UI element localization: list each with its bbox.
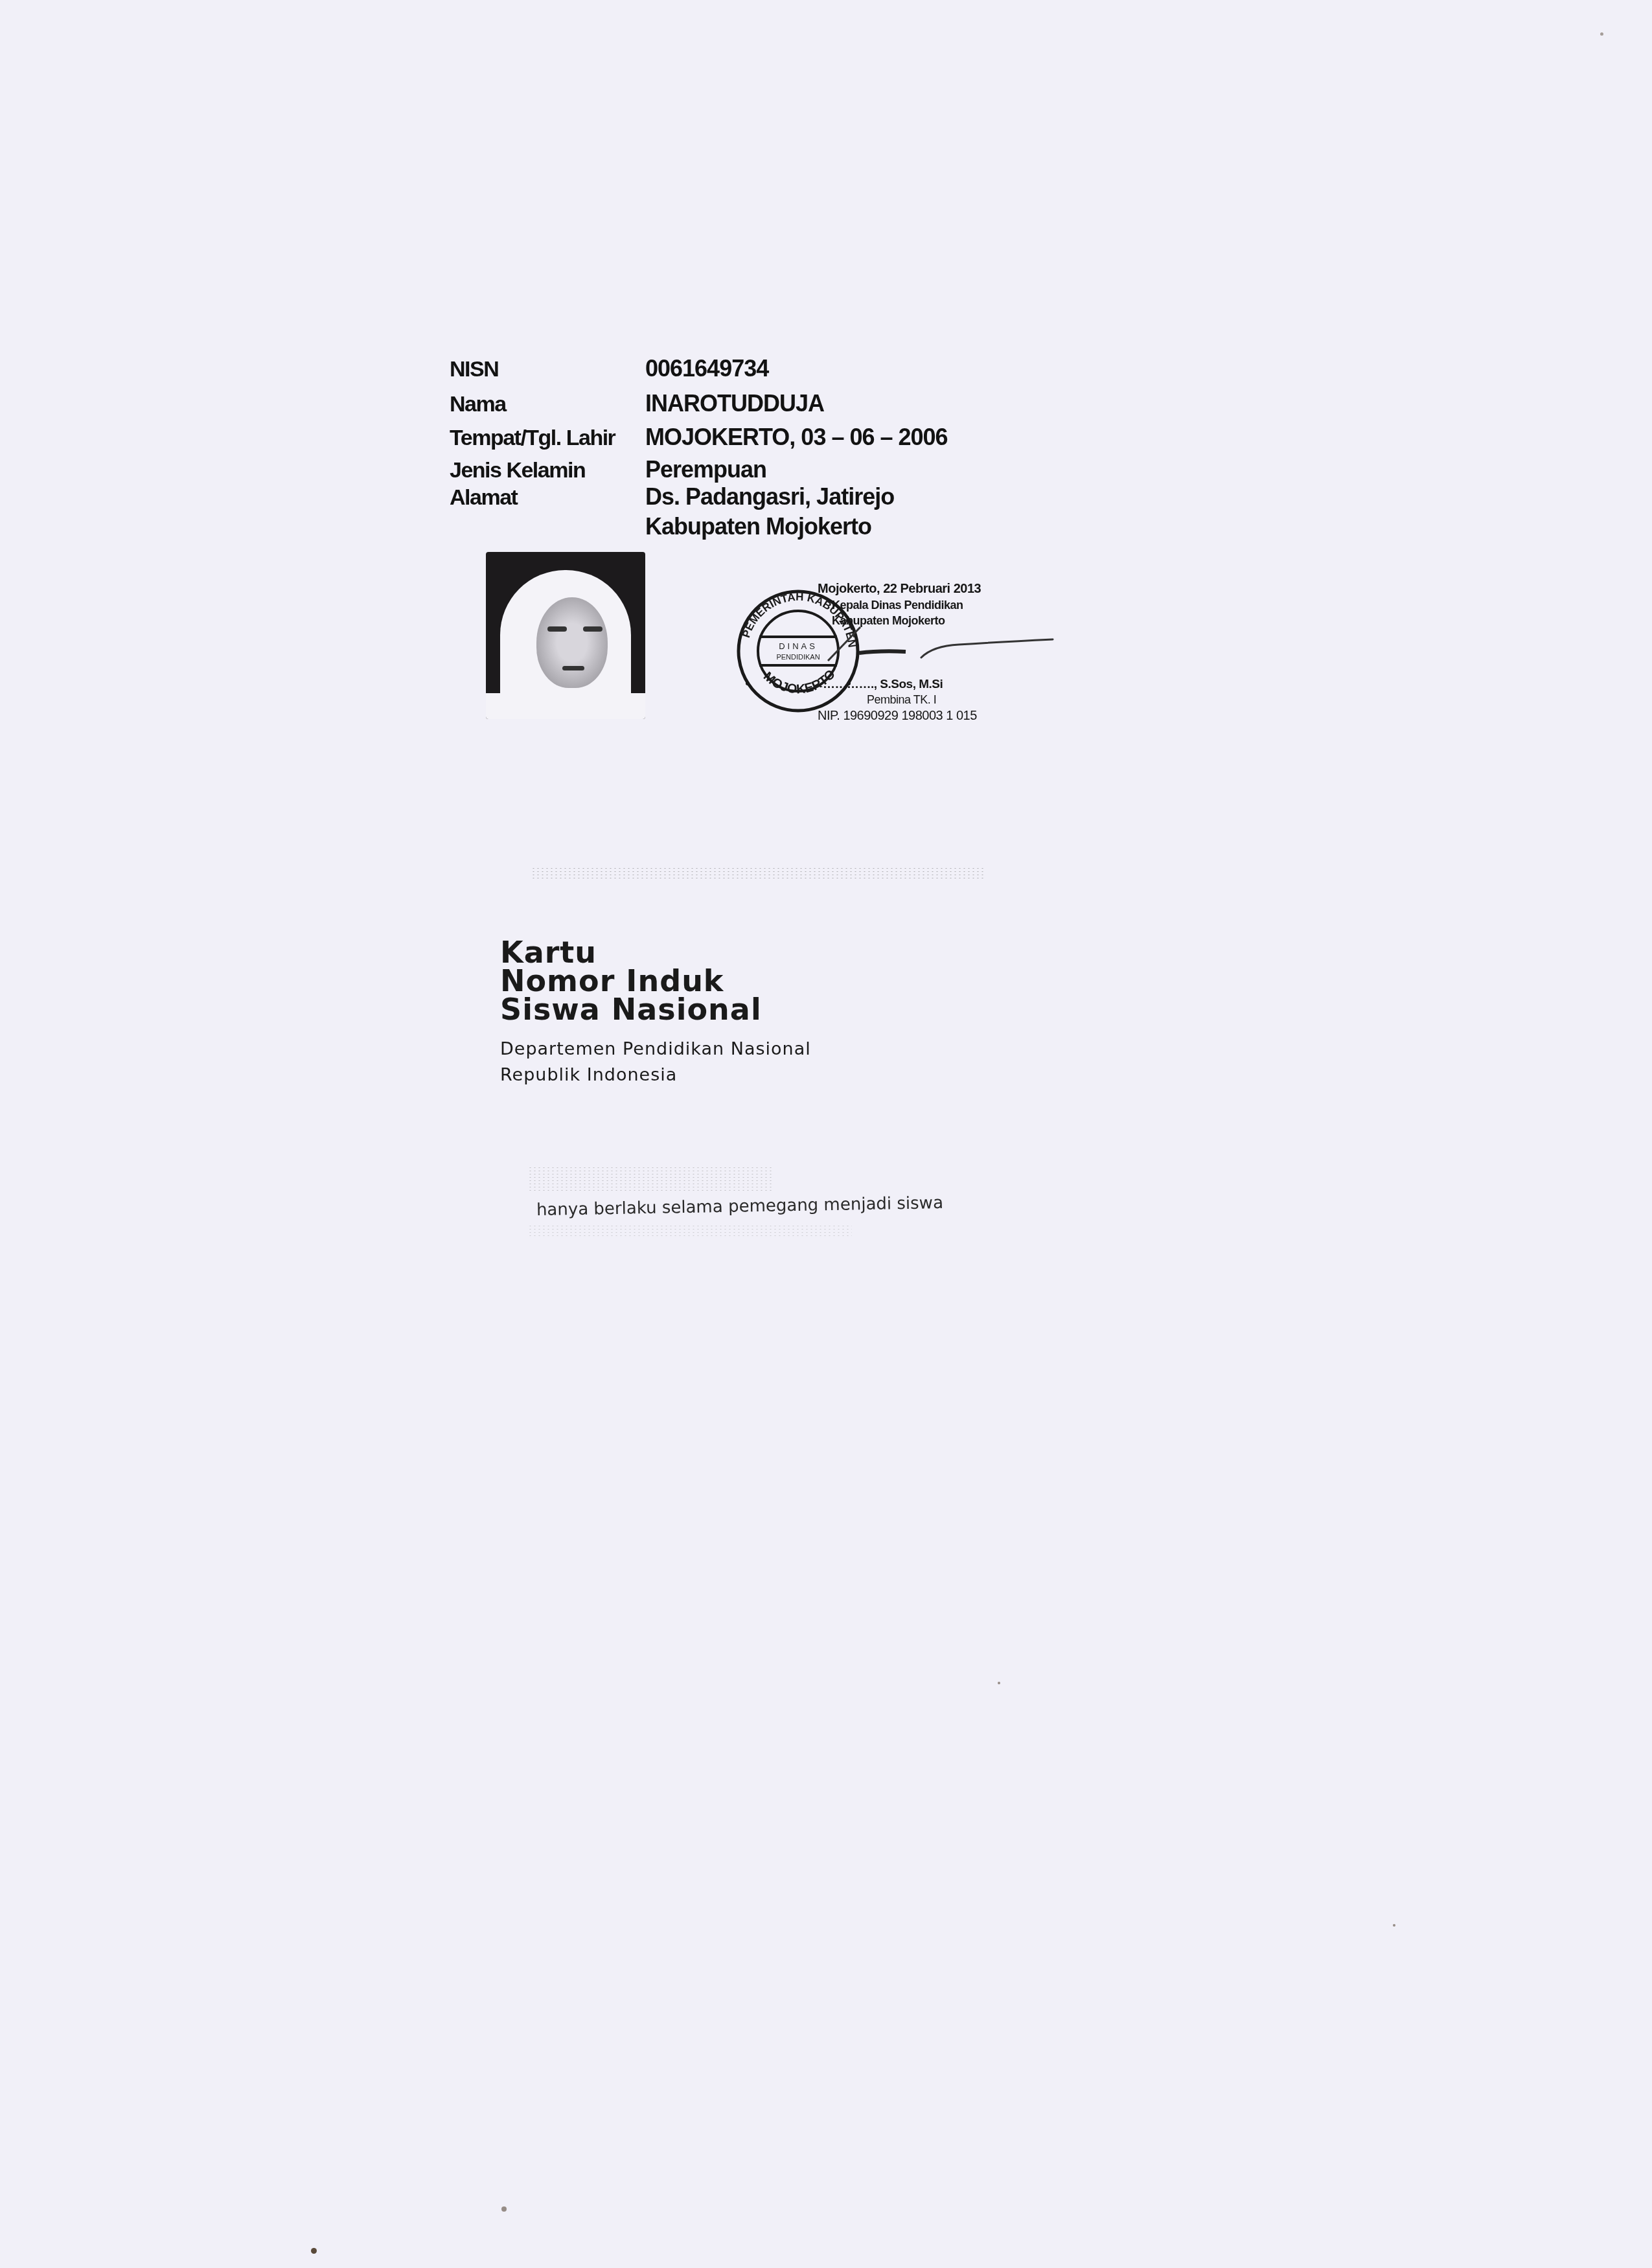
student-photo [486,552,645,719]
field-value: Perempuan [645,456,766,483]
field-label: Nama [450,392,645,417]
field-nisn: NISN 0061649734 [450,355,948,390]
paper-speck [998,1682,1000,1684]
card-issuer-line1: Departemen Pendidikan Nasional [500,1037,811,1062]
field-value: Ds. Padangasri, Jatirejo [645,483,894,510]
sign-rank: Pembina TK. I [867,693,936,707]
photo-face [536,597,608,688]
field-label: Tempat/Tgl. Lahir [450,426,645,451]
field-address: Alamat Ds. Padangasri, Jatirejo [450,483,948,513]
scanned-document-page: NISN 0061649734 Nama INAROTUDDUJA Tempat… [0,0,1652,2268]
card-title-block: Kartu Nomor Induk Siswa Nasional Departe… [500,938,811,1088]
validity-note: hanya berlaku selama pemegang menjadi si… [536,1193,943,1220]
sign-name: …………., S.Sos, M.Si [823,678,943,692]
paper-speck [501,2206,507,2212]
sign-nip: NIP. 19690929 198003 1 015 [818,709,977,724]
photo-eye [583,626,602,632]
signature-scribble-icon [920,638,1056,664]
field-nama: Nama INAROTUDDUJA [450,390,948,424]
stamp-inner-line2: PENDIDIKAN [776,654,820,661]
field-value: Kabupaten Mojokerto [645,513,871,540]
paper-speck [1393,1924,1395,1927]
student-info-block: NISN 0061649734 Nama INAROTUDDUJA Tempat… [450,355,948,543]
field-label: Alamat [450,485,645,510]
stamp-inner-line1: DINAS [779,641,818,651]
field-value: 0061649734 [645,355,768,382]
field-value: MOJOKERTO, 03 – 06 – 2006 [645,424,948,451]
card-title-line3: Siswa Nasional [500,995,811,1024]
photo-mouth [562,666,584,670]
sign-place-date: Mojokerto, 22 Pebruari 2013 [818,582,981,597]
field-gender: Jenis Kelamin Perempuan [450,456,948,483]
photo-eye [547,626,567,632]
field-label: NISN [450,357,645,382]
field-label: Jenis Kelamin [450,458,645,483]
paper-speck [1600,32,1603,36]
print-noise [531,867,985,881]
card-issuer-line2: Republik Indonesia [500,1062,811,1088]
field-birth: Tempat/Tgl. Lahir MOJOKERTO, 03 – 06 – 2… [450,424,948,456]
field-address-line2: Kabupaten Mojokerto [450,513,948,543]
sign-position-1: Kepala Dinas Pendidikan [832,599,963,612]
photo-shoulders [486,693,645,719]
card-title-line1: Kartu [500,938,811,967]
print-noise [528,1166,774,1192]
print-noise [528,1224,852,1236]
field-value: INAROTUDDUJA [645,390,824,417]
paper-speck [311,2248,317,2254]
signature-initial-icon [821,622,912,667]
card-title-line2: Nomor Induk [500,967,811,995]
